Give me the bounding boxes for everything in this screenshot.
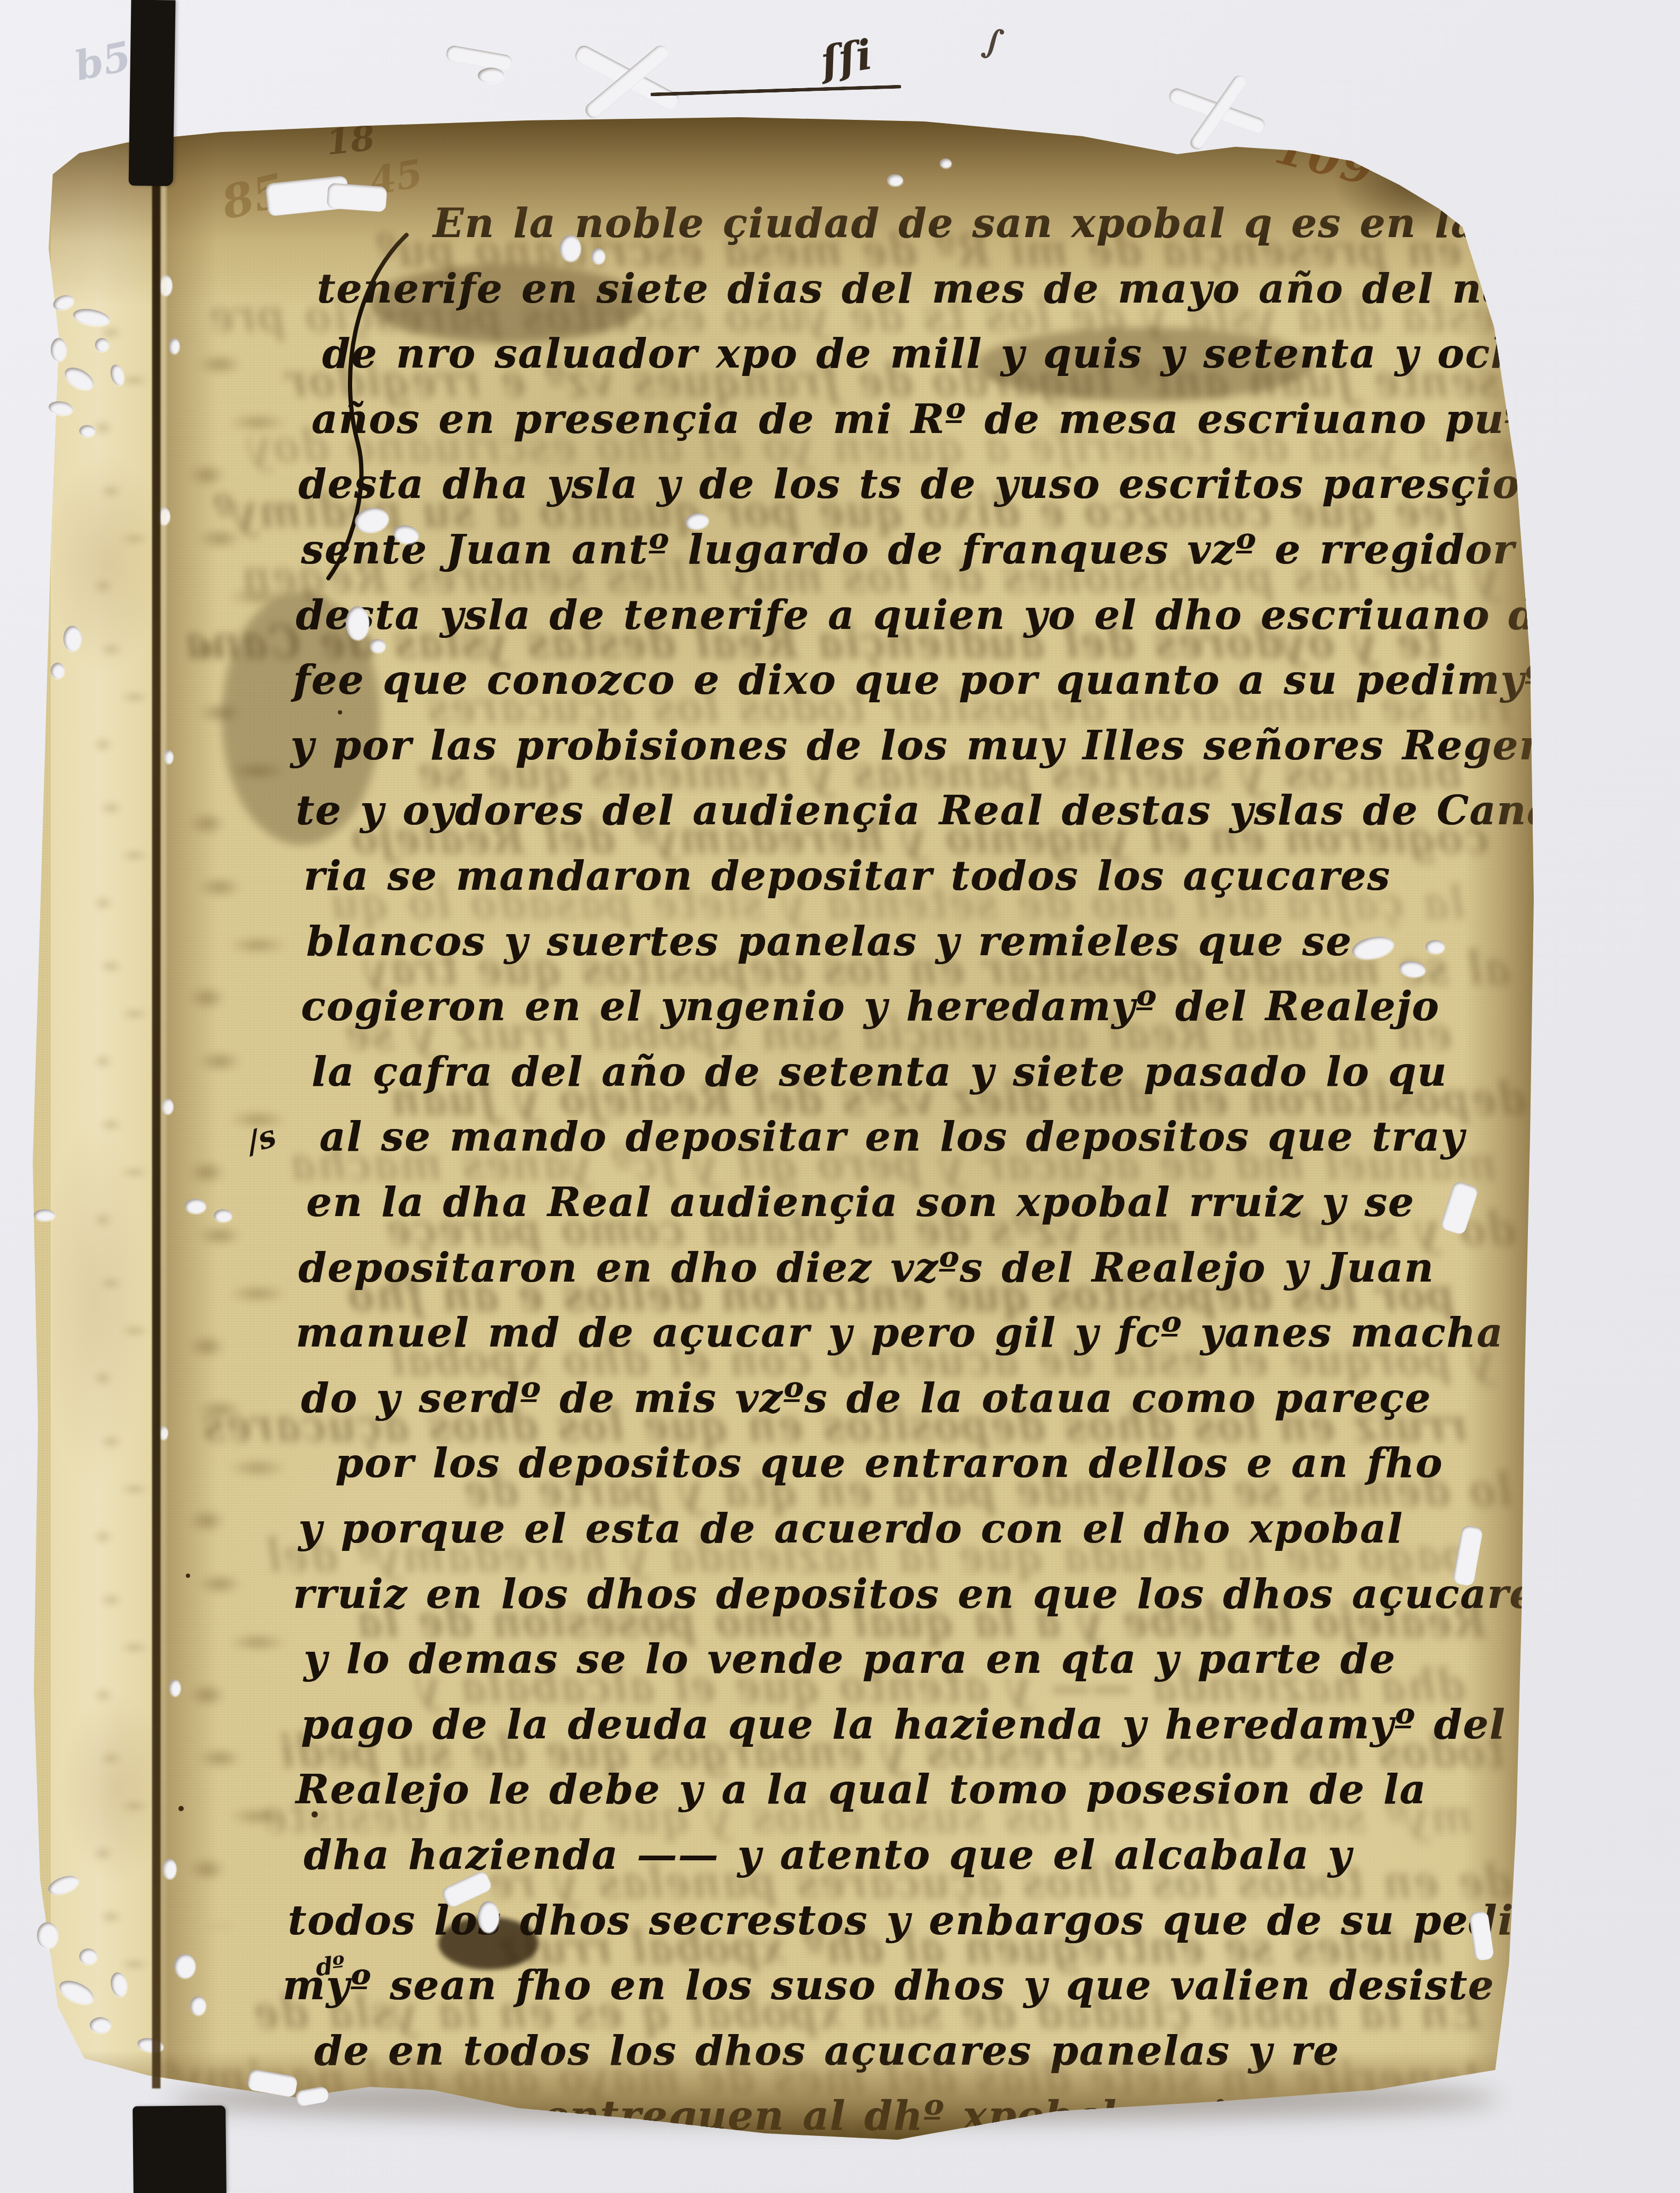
manuscript-line: sente Juan antº lugardo de franques vzº … xyxy=(301,530,1515,570)
manuscript-line: te y oydores del audiençia Real destas y… xyxy=(296,790,1554,831)
faint-corner-mark: b5 xyxy=(71,36,135,87)
manuscript-line: desta dha ysla y de los ts de yuso escri… xyxy=(298,464,1617,504)
right-edge-toning xyxy=(1464,158,1548,2112)
manuscript-line: dha hazienda —— y atento que el alcabala… xyxy=(304,1835,1352,1875)
manuscript-line: cogieron en el yngenio y heredamyº del R… xyxy=(301,986,1440,1027)
crease-highlight xyxy=(161,135,166,2088)
manuscript-line: y por las probisiones de los muy Illes s… xyxy=(290,726,1549,766)
manuscript-line: la çafra del año de setenta y siete pasa… xyxy=(312,1052,1447,1092)
manuscript-line: y porque el esta de acuerdo con el dho x… xyxy=(298,1509,1403,1549)
pen-squiggle: ſſi xyxy=(818,34,875,83)
manuscript-page: años en presençia de mi Rº de mesa escri… xyxy=(0,0,1680,2193)
scanned-manuscript: años en presençia de mi Rº de mesa escri… xyxy=(0,0,1680,2193)
manuscript-line: ria se mandaron depositar todos los açuc… xyxy=(304,856,1391,896)
manuscript-line: desta ysla de tenerife a quien yo el dho… xyxy=(296,595,1590,635)
pen-stroke-line xyxy=(650,85,901,97)
manuscript-line: Realejo le debe y a la qual tomo posesio… xyxy=(296,1770,1427,1810)
manuscript-text: En la noble çiudad de san xpobal q es en… xyxy=(301,203,1568,2189)
binding-crease xyxy=(152,135,161,2088)
stub-bleed-marks xyxy=(79,317,158,1980)
pen-squiggle-small: ∫ xyxy=(980,24,1006,61)
binding-tape-top xyxy=(129,0,176,186)
manuscript-line: pago de la deuda que la hazienda y hered… xyxy=(301,1705,1506,1745)
margin-mark: dº xyxy=(315,1952,346,1980)
manuscript-line: do y serdº de mis vzºs de la otaua como … xyxy=(301,1378,1431,1418)
manuscript-line: años en presençia de mi Rº de mesa escri… xyxy=(312,399,1525,439)
manuscript-line: por los depositos que entraron dellos e … xyxy=(335,1443,1443,1483)
manuscript-line: rruiz en los dhos depositos en que los d… xyxy=(293,1574,1560,1614)
binding-tape-bottom xyxy=(133,2105,226,2193)
manuscript-line: blancos y suertes panelas y remieles que… xyxy=(306,921,1352,962)
manuscript-line: al se mando depositar en los depositos q… xyxy=(319,1117,1465,1157)
manuscript-line: en la dha Real audiençia son xpobal rrui… xyxy=(306,1182,1414,1222)
manuscript-line: depositaron en dho diez vzºs del Realejo… xyxy=(298,1248,1434,1288)
manuscript-line: y lo demas se lo vende para en qta y par… xyxy=(304,1639,1396,1679)
manuscript-line: myº sean fho en los suso dhos y que vali… xyxy=(282,1965,1495,2006)
manuscript-line: manuel md de açucar y pero gil y fcº yan… xyxy=(296,1313,1504,1353)
manuscript-line: fee que conozco e dixo que por quanto a … xyxy=(293,660,1546,700)
manuscript-line: todos los dhos secrestos y enbargos que … xyxy=(288,1900,1514,1941)
